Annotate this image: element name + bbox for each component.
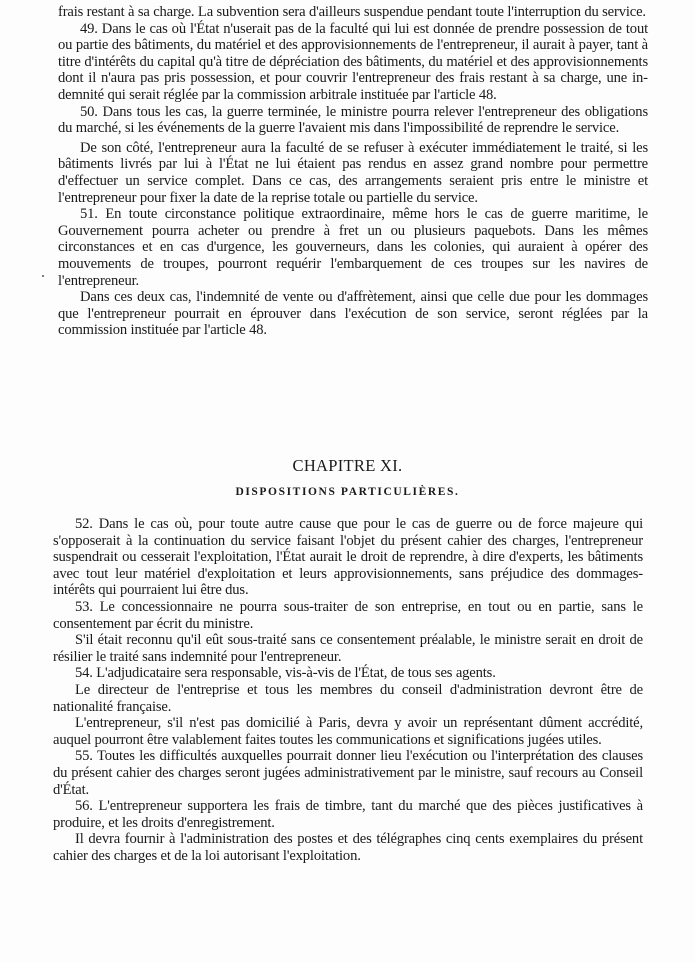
paragraph-article-56-copies: Il devra fournir à l'administration des … (53, 831, 643, 864)
text-block-top: frais restant à sa charge. La subvention… (58, 4, 648, 339)
paragraph-article-50: 50. Dans tous les cas, la guerre terminé… (58, 104, 648, 137)
paragraph-article-56: 56. L'entrepreneur supportera les frais … (53, 798, 643, 831)
paragraph-article-53: 53. Le concessionnaire ne pourra sous-tr… (53, 599, 643, 632)
text-block-bottom: 52. Dans le cas où, pour toute autre cau… (53, 516, 643, 864)
paragraph-article-54-directors: Le directeur de l'entreprise et tous les… (53, 682, 643, 715)
scanned-page: frais restant à sa charge. La subvention… (0, 0, 695, 962)
paragraph-article-51-continued: Dans ces deux cas, l'indemnité de vente … (58, 289, 648, 339)
scan-artifact-dot (42, 275, 44, 277)
paragraph-article-54-representative: L'entrepreneur, s'il n'est pas domicilié… (53, 715, 643, 748)
paragraph-article-52: 52. Dans le cas où, pour toute autre cau… (53, 516, 643, 599)
paragraph-article-54: 54. L'adjudicataire sera responsable, vi… (53, 665, 643, 682)
chapter-title: CHAPITRE XI. (0, 456, 695, 476)
chapter-subtitle: DISPOSITIONS PARTICULIÈRES. (0, 486, 695, 498)
paragraph-article-51: 51. En toute circonstance politique extr… (58, 206, 648, 289)
paragraph-article-50-continued: De son côté, l'entrepreneur aura la facu… (58, 140, 648, 206)
paragraph-article-49: 49. Dans le cas où l'État n'userait pas … (58, 21, 648, 104)
paragraph-article-53-continued: S'il était reconnu qu'il eût sous-traité… (53, 632, 643, 665)
paragraph-continuation-48: frais restant à sa charge. La subvention… (58, 4, 648, 21)
paragraph-article-55: 55. Toutes les difficultés auxquelles po… (53, 748, 643, 798)
